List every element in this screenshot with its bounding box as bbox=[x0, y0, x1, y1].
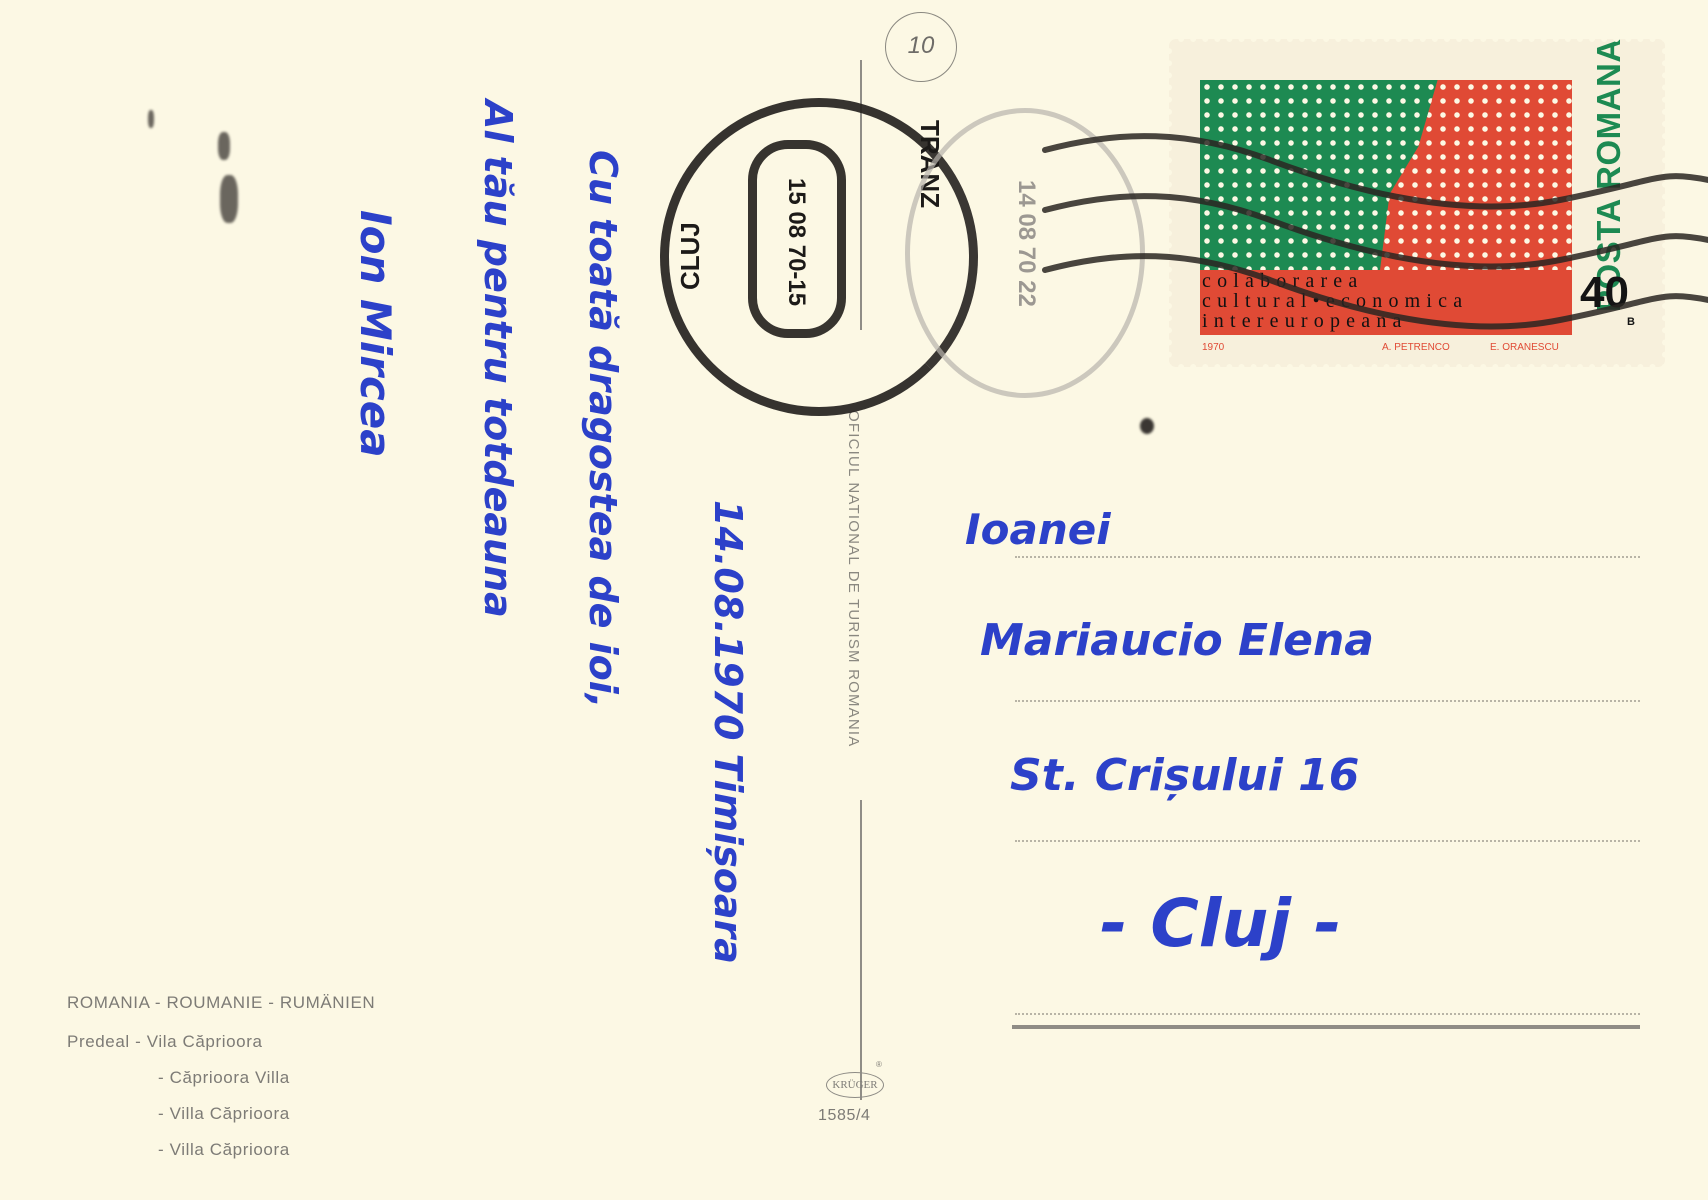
ink-smudge bbox=[148, 110, 154, 128]
message-date-line: 14.08.1970 Timișoara bbox=[706, 500, 750, 964]
cancellation-wavy-lines bbox=[1040, 110, 1708, 350]
ink-smudge bbox=[220, 175, 238, 223]
address-dotted-line bbox=[1015, 700, 1640, 702]
postcard-back: 10 OFICIUL NATIONAL DE TURISM ROMANIA 15… bbox=[0, 0, 1708, 1200]
message-signature: Ion Mircea bbox=[351, 210, 400, 458]
publisher-text: OFICIUL NATIONAL DE TURISM ROMANIA bbox=[845, 410, 862, 748]
caption-line: - Villa Căprioora bbox=[158, 1140, 290, 1160]
address-line-name: Mariaucio Elena bbox=[980, 615, 1374, 666]
address-dotted-line bbox=[1015, 1013, 1640, 1015]
postmark-town: CLUJ bbox=[675, 222, 706, 290]
postmark-second-date: 14 08 70 22 bbox=[1012, 180, 1040, 307]
caption-line: - Villa Căprioora bbox=[158, 1104, 290, 1124]
caption-line: Predeal - Vila Căprioora bbox=[67, 1032, 263, 1052]
address-line-city: - Cluj - bbox=[1100, 885, 1341, 962]
card-number: 1585/4 bbox=[818, 1107, 871, 1125]
printer-logo: KRÜGER bbox=[826, 1072, 884, 1098]
pencil-number-mark: 10 bbox=[885, 12, 957, 82]
address-line-street: St. Crișului 16 bbox=[1010, 750, 1359, 801]
ink-smudge bbox=[218, 132, 230, 160]
postmark-date: 15 08 70-15 bbox=[782, 178, 810, 306]
message-line: Al tău pentru totdeauna bbox=[476, 100, 520, 618]
address-line-recipient: Ioanei bbox=[965, 505, 1111, 554]
caption-line: - Căprioora Villa bbox=[158, 1068, 290, 1088]
ink-dot bbox=[1140, 418, 1154, 434]
message-line: Cu toată dragostea de ioi, bbox=[581, 150, 625, 708]
address-dotted-line bbox=[1015, 840, 1640, 842]
address-solid-line bbox=[1012, 1025, 1640, 1029]
registered-mark: ® bbox=[876, 1060, 882, 1069]
address-dotted-line bbox=[1015, 556, 1640, 558]
caption-title: ROMANIA - ROUMANIE - RUMÄNIEN bbox=[67, 993, 375, 1013]
